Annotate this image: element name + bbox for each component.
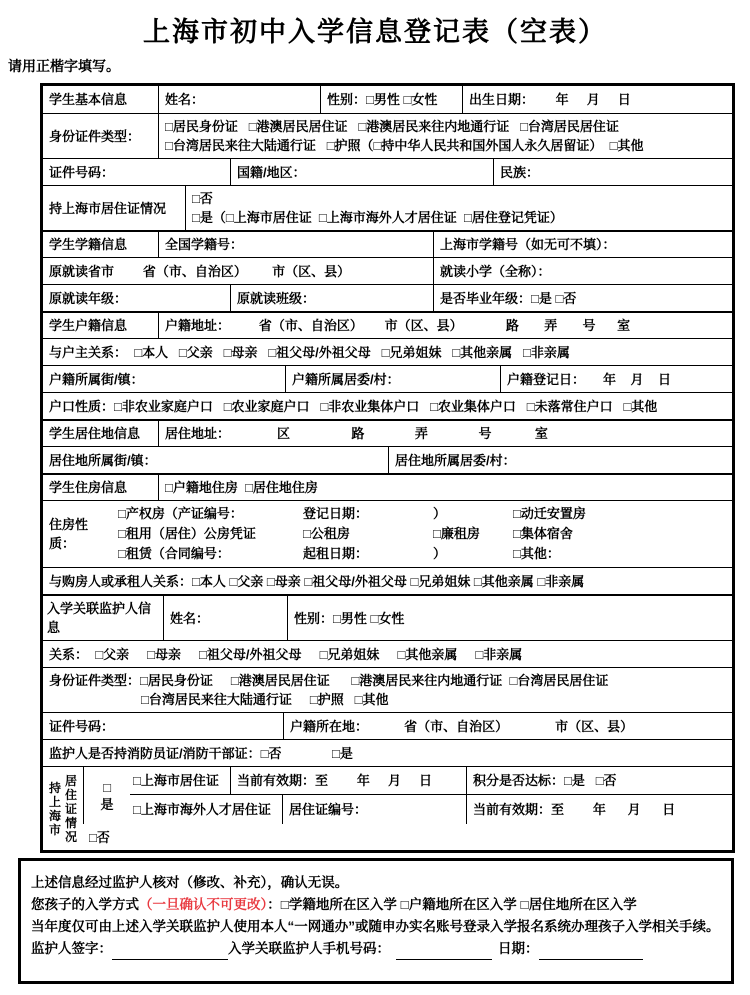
phone-line (396, 944, 492, 960)
permit-vlabel-col1: 持上海市 (48, 781, 62, 837)
permit-row-talent: □上海市海外人才居住证 居住证编号： 当前有效期：至 年 月 日 (130, 794, 732, 824)
guardian-permit-content: □是 □上海市居住证 当前有效期：至 年 月 日 积分是否达标：□是 □否 □上… (83, 767, 732, 850)
residence-committee-field: 居住地所属居委/村： (388, 447, 732, 473)
confirmation-line1: 上述信息经过监护人核对（修改、补充），确认无误。 (31, 872, 721, 894)
permit-yes-checkbox: □是 (83, 767, 130, 824)
guardian-idnumber-field: 证件号码： (43, 713, 283, 739)
guardian-signature-label: 监护人签字： (31, 938, 112, 960)
permit-yes-checkboxes: □是（□上海市居住证 □上海市海外人才居住证 □居住登记凭证） (192, 208, 726, 227)
section-housing-title: 学生住房信息 (43, 475, 158, 500)
permit-no-checkbox: □否 (192, 189, 726, 208)
no-change-warning: （一旦确认不可更改） (139, 897, 267, 912)
guardian-firecert-row: 监护人是否持消防员证/消防干部证：□否 □是 (43, 739, 732, 766)
hukou-type-checkboxes: 户口性质：□非农业家庭户口 □农业家庭户口 □非农业集体户口 □农业集体户口 □… (43, 393, 732, 419)
nature-lowrent-checkbox: □廉租房 (433, 524, 513, 544)
registration-form-table: 学生基本信息 姓名： 性别：□男性 □女性 出生日期： 年 月 日 身份证件类型… (40, 83, 735, 853)
roll-header-row: 学生学籍信息 全国学籍号： 上海市学籍号（如无可不填）： (43, 230, 732, 257)
housing-relation-row: 与购房人或承租人关系：□本人 □父亲 □母亲 □祖父母/外祖父母 □兄弟姐妹 □… (43, 567, 732, 594)
residence-street-field: 居住地所属街/镇： (43, 447, 388, 473)
section-roll-title: 学生学籍信息 (43, 232, 158, 257)
talent-permit-validity: 当前有效期：至 年 月 日 (466, 795, 732, 824)
graduating-checkboxes: 是否毕业年级：□是 □否 (433, 285, 732, 311)
talent-permit-number: 居住证编号： (282, 795, 466, 824)
basic-idnumber-row: 证件号码： 国籍/地区： 民族： (43, 158, 732, 185)
previous-class-field: 原就读班级： (230, 285, 433, 311)
hukou-header-row: 学生户籍信息 户籍地址： 省（市、自治区） 市（区、县） 路 弄 号 室 (43, 311, 732, 338)
section-hukou-title: 学生户籍信息 (43, 313, 158, 338)
guardian-idtype-row: 身份证件类型：□居民身份证 □港澳居民居住证 □港澳居民来往内地通行证 □台湾居… (43, 667, 732, 712)
section-guardian-title: 入学关联监护人信息 (43, 596, 163, 640)
confirmation-box: 上述信息经过监护人核对（修改、补充），确认无误。 您孩子的入学方式（一旦确认不可… (18, 858, 734, 984)
guardian-permit-vertical-label: 持上海市 居住证情况 (43, 767, 83, 850)
permit-detail-rows: □上海市居住证 当前有效期：至 年 月 日 积分是否达标：□是 □否 □上海市海… (130, 767, 732, 824)
nature-paren-close: ） (433, 504, 513, 524)
housing-nature-options: □产权房（产证编号： 登记日期： ） □动迁安置房 □租用（居住）公房凭证 □公… (118, 501, 732, 567)
talent-permit-checkbox: □上海市海外人才居住证 (130, 795, 282, 824)
guardian-idnumber-row: 证件号码： 户籍所在地： 省（市、自治区） 市（区、县） (43, 712, 732, 739)
date-line (539, 944, 643, 960)
guardian-idtype-line2: □台湾居民来往大陆通行证 □护照 □其他 (49, 690, 726, 709)
guardian-idtype-line1: 身份证件类型：□居民身份证 □港澳居民居住证 □港澳居民来往内地通行证 □台湾居… (49, 671, 726, 690)
ethnicity-field: 民族： (493, 159, 732, 185)
date-label: 日期： (498, 938, 539, 960)
nature-public-rental-checkbox: □公租房 (303, 524, 433, 544)
permit-row-no: □否 (83, 824, 732, 850)
housing-nature-label: 住房性质： (43, 501, 118, 567)
student-gender-checkboxes: 性别：□男性 □女性 (320, 86, 462, 113)
shanghai-permit-validity: 当前有效期：至 年 月 日 (230, 767, 466, 794)
nature-dormitory-checkbox: □集体宿舍 (513, 524, 732, 544)
primary-school-field: 就读小学（全称）： (433, 258, 732, 284)
hukou-regdate-field: 户籍登记日： 年 月 日 (500, 366, 732, 392)
idtype-options-line2: □台湾居民来往大陆通行证 □护照（□持中华人民共和国外国人永久居留证） □其他 (165, 136, 726, 155)
nature-paren-close2: ） (433, 544, 513, 564)
permit-row-shanghai: □上海市居住证 当前有效期：至 年 月 日 积分是否达标：□是 □否 (130, 767, 732, 794)
residence-street-row: 居住地所属街/镇： 居住地所属居委/村： (43, 446, 732, 473)
guardian-hukou-field: 户籍所在地： 省（市、自治区） 市（区、县） (283, 713, 732, 739)
idtype-options-line1: □居民身份证 □港澳居民居住证 □港澳居民来往内地通行证 □台湾居民居住证 (165, 117, 726, 136)
nature-public-housing-checkbox: □租用（居住）公房凭证 (118, 524, 303, 544)
basic-header-row: 学生基本信息 姓名： 性别：□男性 □女性 出生日期： 年 月 日 (43, 86, 732, 113)
roll-grade-row: 原就读年级： 原就读班级： 是否毕业年级：□是 □否 (43, 284, 732, 311)
guardian-gender-checkboxes: 性别：□男性 □女性 (287, 596, 732, 640)
permit-vlabel-col2: 居住证情况 (64, 774, 78, 844)
residence-header-row: 学生居住地信息 居住地址： 区 路 弄 号 室 (43, 419, 732, 446)
nature-ownership-checkbox: □产权房（产证编号： (118, 504, 303, 524)
guardian-header-row: 入学关联监护人信息 姓名： 性别：□男性 □女性 (43, 594, 732, 640)
permit-yes-vertical-text: □是 (100, 779, 114, 813)
guardian-idtype-options: 身份证件类型：□居民身份证 □港澳居民居住证 □港澳居民来往内地通行证 □台湾居… (43, 668, 732, 712)
shanghai-roll-id-field: 上海市学籍号（如无可不填）： (433, 232, 732, 257)
housing-header-row: 学生住房信息 □户籍地住房 □居住地住房 (43, 473, 732, 500)
national-roll-id-field: 全国学籍号： (158, 232, 433, 257)
enrollment-method-checkboxes: ：□学籍地所在区入学 □户籍地所在区入学 □居住地所在区入学 (267, 897, 636, 912)
buyer-relation-checkboxes: 与购房人或承租人关系：□本人 □父亲 □母亲 □祖父母/外祖父母 □兄弟姐妹 □… (43, 568, 732, 594)
section-basic-title: 学生基本信息 (43, 86, 158, 113)
nature-relocation-checkbox: □动迁安置房 (513, 504, 732, 524)
hukou-street-field: 户籍所属街/镇： (43, 366, 285, 392)
fill-instruction: 请用正楷字填写。 (8, 56, 120, 76)
nature-lease-checkbox: □租赁（合同编号： (118, 544, 303, 564)
enrollment-method-prefix: 您孩子的入学方式 (31, 897, 139, 912)
hukou-committee-field: 户籍所属居委/村： (285, 366, 500, 392)
firecert-checkboxes: 监护人是否持消防员证/消防干部证：□否 □是 (43, 740, 732, 766)
hukou-address-field: 户籍地址： 省（市、自治区） 市（区、县） 路 弄 号 室 (158, 313, 732, 338)
signature-row: 监护人签字：入学关联监护人手机号码：日期： (31, 938, 721, 960)
points-standard-checkboxes: 积分是否达标：□是 □否 (466, 767, 732, 794)
nationality-field: 国籍/地区： (230, 159, 493, 185)
guardian-phone-label: 入学关联监护人手机号码： (228, 938, 390, 960)
id-number-field: 证件号码： (43, 159, 230, 185)
origin-province-field: 原就读省市 省（市、自治区） 市（区、县） (43, 258, 433, 284)
student-name-field: 姓名： (158, 86, 320, 113)
idtype-options: □居民身份证 □港澳居民居住证 □港澳居民来往内地通行证 □台湾居民居住证 □台… (158, 114, 732, 158)
signature-line (112, 944, 228, 960)
hukou-relation-row: 与户主关系： □本人 □父亲 □母亲 □祖父母/外祖父母 □兄弟姐妹 □其他亲属… (43, 338, 732, 365)
housing-location-checkboxes: □户籍地住房 □居住地住房 (158, 475, 732, 500)
student-birthdate-field: 出生日期： 年 月 日 (462, 86, 732, 113)
householder-relation-checkboxes: 与户主关系： □本人 □父亲 □母亲 □祖父母/外祖父母 □兄弟姐妹 □其他亲属… (43, 339, 732, 365)
residence-address-field: 居住地址： 区 路 弄 号 室 (158, 421, 732, 446)
nature-regdate-field: 登记日期： (303, 504, 433, 524)
guardian-relation-checkboxes: 关系： □父亲 □母亲 □祖父母/外祖父母 □兄弟姐妹 □其他亲属 □非亲属 (43, 641, 732, 667)
idtype-label: 身份证件类型： (43, 114, 158, 158)
guardian-permit-block: 持上海市 居住证情况 □是 □上海市居住证 当前有效期：至 年 月 日 积分是否… (43, 766, 732, 850)
permit-status-label: 持上海市居住证情况 (43, 186, 185, 230)
nature-leasedate-field: 起租日期： (303, 544, 433, 564)
guardian-name-field: 姓名： (163, 596, 287, 640)
section-residence-title: 学生居住地信息 (43, 421, 158, 446)
confirmation-line3: 当年度仅可由上述入学关联监护人使用本人“一网通办”或随申办实名账号登录入学报名系… (31, 916, 721, 938)
confirmation-line2: 您孩子的入学方式（一旦确认不可更改）：□学籍地所在区入学 □户籍地所在区入学 □… (31, 894, 721, 916)
roll-origin-row: 原就读省市 省（市、自治区） 市（区、县） 就读小学（全称）： (43, 257, 732, 284)
previous-grade-field: 原就读年级： (43, 285, 230, 311)
permit-status-options: □否 □是（□上海市居住证 □上海市海外人才居住证 □居住登记凭证） (185, 186, 732, 230)
page-title: 上海市初中入学信息登记表（空表） (0, 10, 750, 49)
housing-nature-row: 住房性质： □产权房（产证编号： 登记日期： ） □动迁安置房 □租用（居住）公… (43, 500, 732, 567)
hukou-street-row: 户籍所属街/镇： 户籍所属居委/村： 户籍登记日： 年 月 日 (43, 365, 732, 392)
shanghai-permit-checkbox: □上海市居住证 (130, 767, 230, 794)
guardian-permit-no-checkbox: □否 (83, 824, 732, 850)
guardian-relation-row: 关系： □父亲 □母亲 □祖父母/外祖父母 □兄弟姐妹 □其他亲属 □非亲属 (43, 640, 732, 667)
basic-idtype-row: 身份证件类型： □居民身份证 □港澳居民居住证 □港澳居民来往内地通行证 □台湾… (43, 113, 732, 158)
hukou-type-row: 户口性质：□非农业家庭户口 □农业家庭户口 □非农业集体户口 □农业集体户口 □… (43, 392, 732, 419)
guardian-permit-yes-section: □是 □上海市居住证 当前有效期：至 年 月 日 积分是否达标：□是 □否 □上… (83, 767, 732, 824)
nature-other-checkbox: □其他： (513, 544, 732, 564)
basic-permit-row: 持上海市居住证情况 □否 □是（□上海市居住证 □上海市海外人才居住证 □居住登… (43, 185, 732, 230)
